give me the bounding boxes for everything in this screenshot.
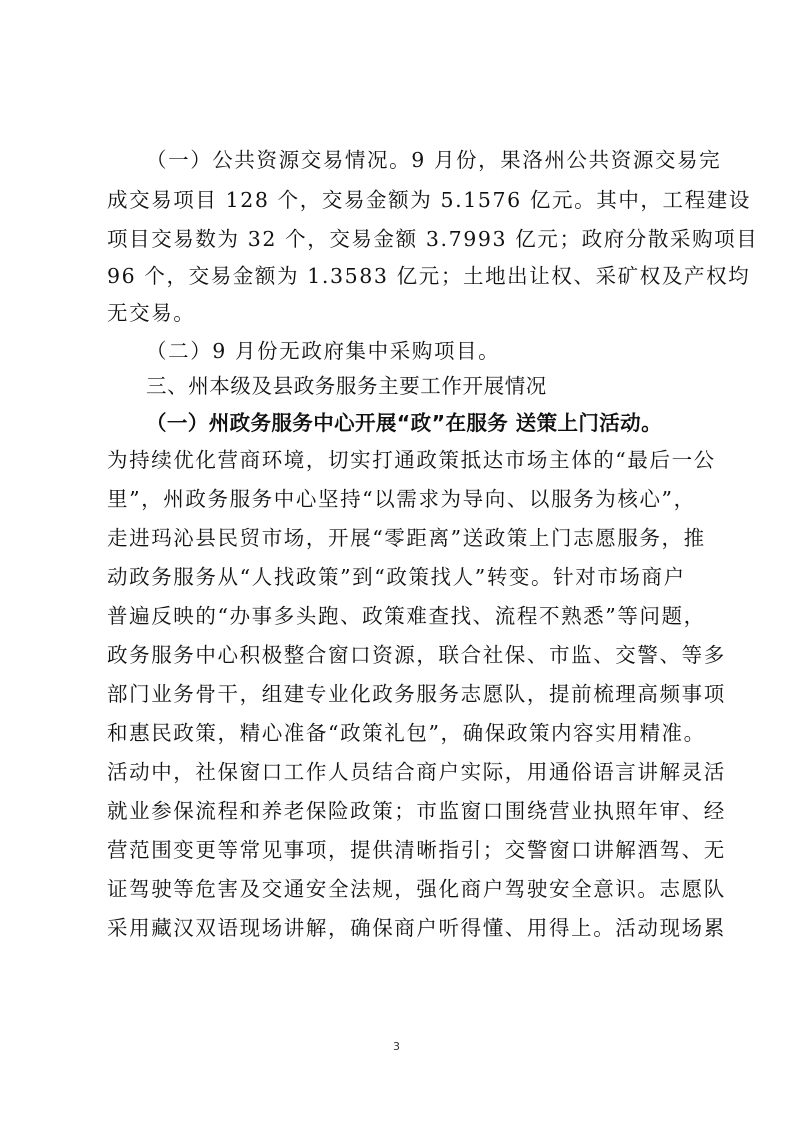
- text-line: 营范围变更等常见事项，提供清晰指引；交警窗口讲解酒驾、无: [107, 837, 707, 863]
- text-line: 走进玛沁县民贸市场，开展“零距离”送政策上门志愿服务，推: [107, 525, 707, 551]
- text-line: 证驾驶等危害及交通安全法规，强化商户驾驶安全意识。志愿队: [107, 876, 707, 902]
- paragraph-no-centralized-procurement: （二）9 月份无政府集中采购项目。: [146, 338, 707, 364]
- text-line: 活动中，社保窗口工作人员结合商户实际，用通俗语言讲解灵活: [107, 759, 707, 785]
- text-line: 里”，州政务服务中心坚持“以需求为导向、以服务为核心”，: [107, 486, 707, 512]
- text-line: 项目交易数为 32 个，交易金额 3.7993 亿元；政府分散采购项目: [107, 226, 707, 252]
- text-line: 就业参保流程和养老保险政策；市监窗口围绕营业执照年审、经: [107, 798, 707, 824]
- text-line: 为持续优化营商环境，切实打通政策抵达市场主体的“最后一公: [107, 447, 707, 473]
- document-page: （一）公共资源交易情况。9 月份，果洛州公共资源交易完 成交易项目 128 个，…: [0, 0, 793, 1122]
- paragraph-public-resource-trading: （一）公共资源交易情况。9 月份，果洛州公共资源交易完: [146, 147, 707, 173]
- text-line: 动政务服务从“人找政策”到“政策找人”转变。针对市场商户: [107, 564, 707, 590]
- section-heading-three: 三、州本级及县政务服务主要工作开展情况: [146, 373, 707, 399]
- text-line: 和惠民政策，精心准备“政策礼包”，确保政策内容实用精准。: [107, 720, 707, 746]
- text-line: 成交易项目 128 个，交易金额为 5.1576 亿元。其中，工程建设: [107, 187, 707, 213]
- text-line: 无交易。: [107, 300, 707, 326]
- text-line: 部门业务骨干，组建专业化政务服务志愿队，提前梳理高频事项: [107, 681, 707, 707]
- text-line: 政务服务中心积极整合窗口资源，联合社保、市监、交警、等多: [107, 642, 707, 668]
- text-line: 96 个，交易金额为 1.3583 亿元；土地出让权、采矿权及产权均: [107, 263, 707, 289]
- text-line: 普遍反映的“办事多头跑、政策难查找、流程不熟悉”等问题，: [107, 603, 707, 629]
- text-line: 采用藏汉双语现场讲解，确保商户听得懂、用得上。活动现场累: [107, 915, 707, 941]
- subsection-heading-one: （一）州政务服务中心开展“政”在服务 送策上门活动。: [146, 410, 746, 436]
- page-number: 3: [0, 1040, 793, 1053]
